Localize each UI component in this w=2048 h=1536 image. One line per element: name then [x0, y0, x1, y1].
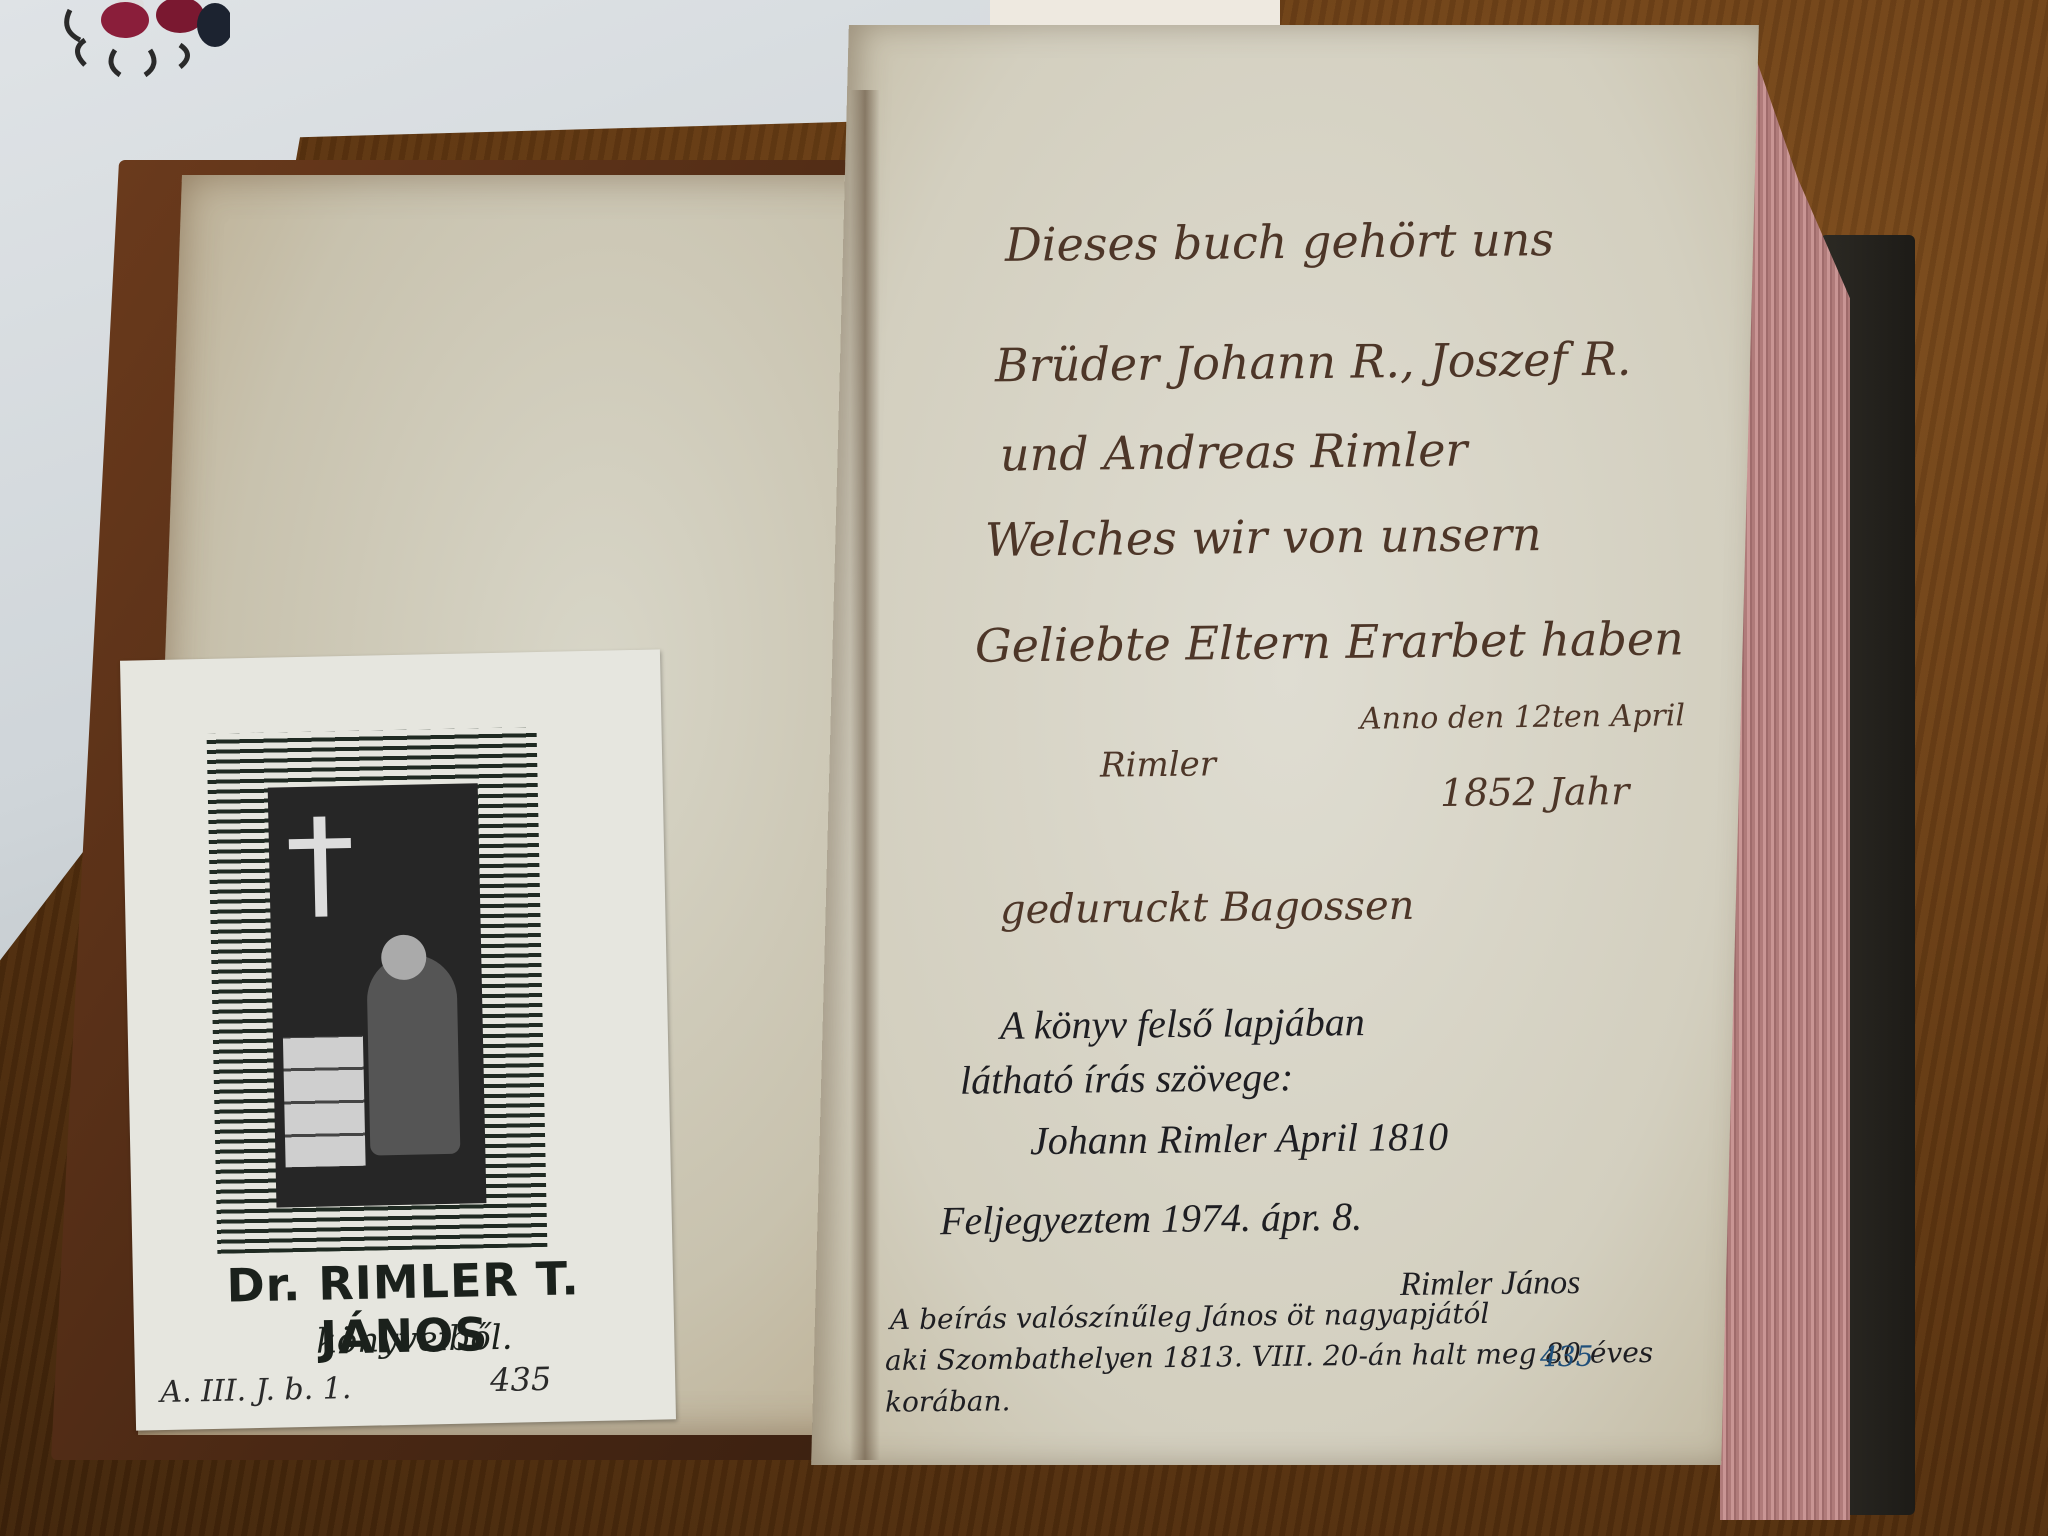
book-gutter — [850, 90, 880, 1460]
note-line: korában. — [885, 1384, 1011, 1418]
signature-rimler: Rimler — [1100, 744, 1216, 785]
transcription-line: Feljegyeztem 1974. ápr. 8. — [940, 1193, 1363, 1244]
ex-libris-bookplate: Dr. RIMLER T. JÁNOS könyveiből. A. III. … — [120, 649, 676, 1430]
inscription-line: und Andreas Rimler — [1000, 423, 1468, 482]
inscription-line: Geliebte Eltern Erarbet haben — [975, 611, 1684, 672]
date-line: Anno den 12ten April — [1360, 698, 1685, 736]
transcription-line: Johann Rimler April 1810 — [1030, 1113, 1449, 1164]
transcription-line: A könyv felső lapjában — [1000, 998, 1365, 1049]
inventory-number: 435 — [490, 1360, 552, 1399]
inscription-line: Brüder Johann R., Joszef R. — [995, 332, 1632, 393]
photo-scene: a/ Dr. RIMLER T. JÁNOS könyveiből. A. II… — [0, 0, 2048, 1536]
embroidery-icon — [30, 0, 230, 100]
cabinet-icon — [283, 1036, 366, 1168]
shelfmark: A. III. J. b. 1. — [160, 1371, 352, 1410]
crucifix-icon — [313, 816, 327, 916]
monk-figure-icon — [366, 954, 460, 1156]
inscription-line: Dieses buch gehört uns — [1005, 212, 1554, 272]
note-line: A beírás valószínűleg János öt nagyapját… — [890, 1297, 1490, 1336]
year-line: 1852 Jahr — [1440, 769, 1630, 815]
scholar-scene-icon — [268, 783, 487, 1207]
inscription-line: Welches wir von unsern — [985, 507, 1542, 567]
blue-number: 435 — [1540, 1340, 1594, 1374]
inscription-line: geduruckt Bagossen — [1000, 883, 1415, 933]
transcription-line: látható írás szövege: — [960, 1053, 1294, 1103]
bookplate-engraving — [207, 727, 548, 1254]
